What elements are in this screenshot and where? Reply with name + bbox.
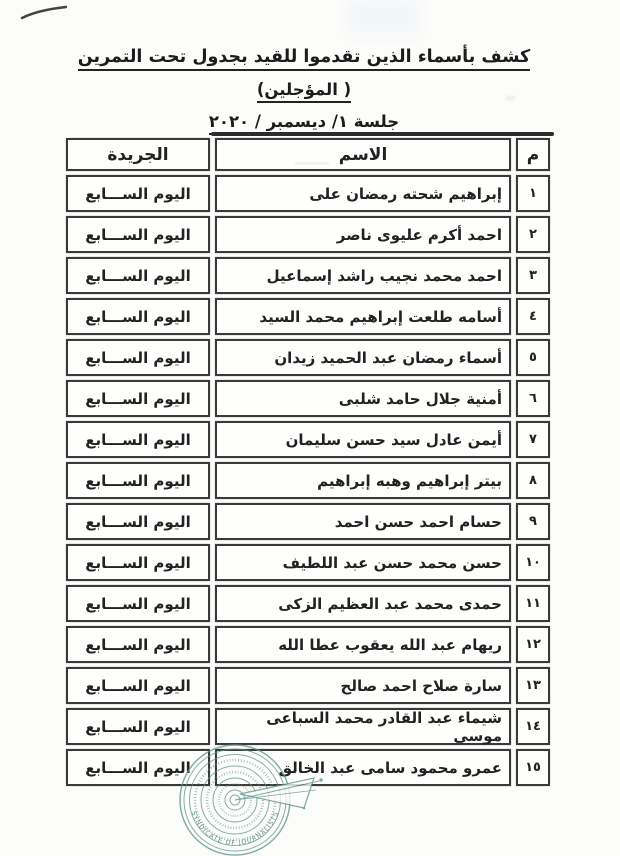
- table-row: ١ إبراهيم شحته رمضان على اليوم الســـابع: [62, 175, 550, 212]
- row-newspaper: اليوم الســـابع: [66, 667, 210, 704]
- row-newspaper: اليوم الســـابع: [66, 339, 210, 376]
- row-newspaper: اليوم الســـابع: [66, 503, 210, 540]
- table-header-row: م الاسم الجريدة: [62, 138, 550, 171]
- table-row: ٨ بيتر إبراهيم وهبه إبراهيم اليوم الســـ…: [62, 462, 550, 499]
- table-row: ٧ أيمن عادل سيد حسن سليمان اليوم الســـا…: [62, 421, 550, 458]
- table-row: ١١ حمدى محمد عبد العظيم الزكى اليوم السـ…: [62, 585, 550, 622]
- row-serial-number: ١٥: [516, 749, 550, 786]
- table-row: ٤ أسامه طلعت إبراهيم محمد السيد اليوم ال…: [62, 298, 550, 335]
- row-applicant-name: احمد محمد نجيب راشد إسماعيل: [215, 257, 511, 294]
- row-serial-number: ٢: [516, 216, 550, 253]
- document-subtitle: ( المؤجلين): [0, 80, 608, 103]
- table-row: ٢ احمد أكرم عليوى ناصر اليوم الســـابع: [62, 216, 550, 253]
- row-newspaper: اليوم الســـابع: [66, 257, 210, 294]
- table-row: ٦ أمنية جلال حامد شلبى اليوم الســـابع: [62, 380, 550, 417]
- header-serial: م: [516, 138, 550, 171]
- header-name: الاسم: [215, 138, 511, 171]
- row-newspaper: اليوم الســـابع: [66, 175, 210, 212]
- row-applicant-name: شيماء عبد القادر محمد السباعى موسى: [215, 708, 511, 745]
- row-applicant-name: أسماء رمضان عبد الحميد زيدان: [215, 339, 511, 376]
- row-serial-number: ٤: [516, 298, 550, 335]
- row-serial-number: ١٣: [516, 667, 550, 704]
- scanned-document-page: { "page": { "title_line1": "كشف بأسماء ا…: [0, 0, 620, 856]
- row-serial-number: ٩: [516, 503, 550, 540]
- row-newspaper: اليوم الســـابع: [66, 216, 210, 253]
- document-title-text: كشف بأسماء الذين تقدموا للقيد بجدول تحت …: [78, 47, 530, 71]
- row-applicant-name: سارة صلاح احمد صالح: [215, 667, 511, 704]
- table-row: ٥ أسماء رمضان عبد الحميد زيدان اليوم الس…: [62, 339, 550, 376]
- table-row: ٩ حسام احمد حسن احمد اليوم الســـابع: [62, 503, 550, 540]
- document-subtitle-text: ( المؤجلين): [257, 80, 351, 103]
- row-serial-number: ١٤: [516, 708, 550, 745]
- pen-mark-artifact: [8, 1, 88, 31]
- row-serial-number: ١٠: [516, 544, 550, 581]
- row-newspaper: اليوم الســـابع: [66, 626, 210, 663]
- table-row: ١٢ ريهام عبد الله يعقوب عطا الله اليوم ا…: [62, 626, 550, 663]
- row-applicant-name: بيتر إبراهيم وهبه إبراهيم: [215, 462, 511, 499]
- row-applicant-name: أسامه طلعت إبراهيم محمد السيد: [215, 298, 511, 335]
- registration-table: م الاسم الجريدة ١ إبراهيم شحته رمضان على…: [62, 138, 550, 790]
- table-row: ١٠ حسن محمد حسن عبد اللطيف اليوم الســـا…: [62, 544, 550, 581]
- row-newspaper: اليوم الســـابع: [66, 544, 210, 581]
- scan-heavy-border: [211, 132, 554, 136]
- table-row: ٣ احمد محمد نجيب راشد إسماعيل اليوم السـ…: [62, 257, 550, 294]
- row-applicant-name: أيمن عادل سيد حسن سليمان: [215, 421, 511, 458]
- document-header: كشف بأسماء الذين تقدموا للقيد بجدول تحت …: [0, 47, 608, 144]
- row-applicant-name: ريهام عبد الله يعقوب عطا الله: [215, 626, 511, 663]
- row-applicant-name: حمدى محمد عبد العظيم الزكى: [215, 585, 511, 622]
- row-newspaper: اليوم الســـابع: [66, 380, 210, 417]
- header-newspaper: الجريدة: [66, 138, 210, 171]
- row-serial-number: ٦: [516, 380, 550, 417]
- row-serial-number: ١٢: [516, 626, 550, 663]
- scan-smudge: [348, 0, 418, 34]
- row-applicant-name: احمد أكرم عليوى ناصر: [215, 216, 511, 253]
- row-serial-number: ٥: [516, 339, 550, 376]
- row-serial-number: ٧: [516, 421, 550, 458]
- stamp-arc-text: SYNDICATE OF JOURNALISTS: [190, 811, 281, 847]
- row-applicant-name: أمنية جلال حامد شلبى: [215, 380, 511, 417]
- row-newspaper: اليوم الســـابع: [66, 585, 210, 622]
- row-serial-number: ١: [516, 175, 550, 212]
- row-applicant-name: حسام احمد حسن احمد: [215, 503, 511, 540]
- row-serial-number: ٨: [516, 462, 550, 499]
- row-newspaper: اليوم الســـابع: [66, 298, 210, 335]
- row-newspaper: اليوم الســـابع: [66, 462, 210, 499]
- row-serial-number: ٣: [516, 257, 550, 294]
- document-title: كشف بأسماء الذين تقدموا للقيد بجدول تحت …: [0, 47, 608, 71]
- table-row: ١٣ سارة صلاح احمد صالح اليوم الســـابع: [62, 667, 550, 704]
- row-newspaper: اليوم الســـابع: [66, 708, 210, 745]
- table-row: ١٤ شيماء عبد القادر محمد السباعى موسى ال…: [62, 708, 550, 745]
- row-applicant-name: حسن محمد حسن عبد اللطيف: [215, 544, 511, 581]
- syndicate-stamp: SYNDICATE OF JOURNALISTS: [148, 742, 358, 856]
- row-applicant-name: إبراهيم شحته رمضان على: [215, 175, 511, 212]
- row-serial-number: ١١: [516, 585, 550, 622]
- row-newspaper: اليوم الســـابع: [66, 421, 210, 458]
